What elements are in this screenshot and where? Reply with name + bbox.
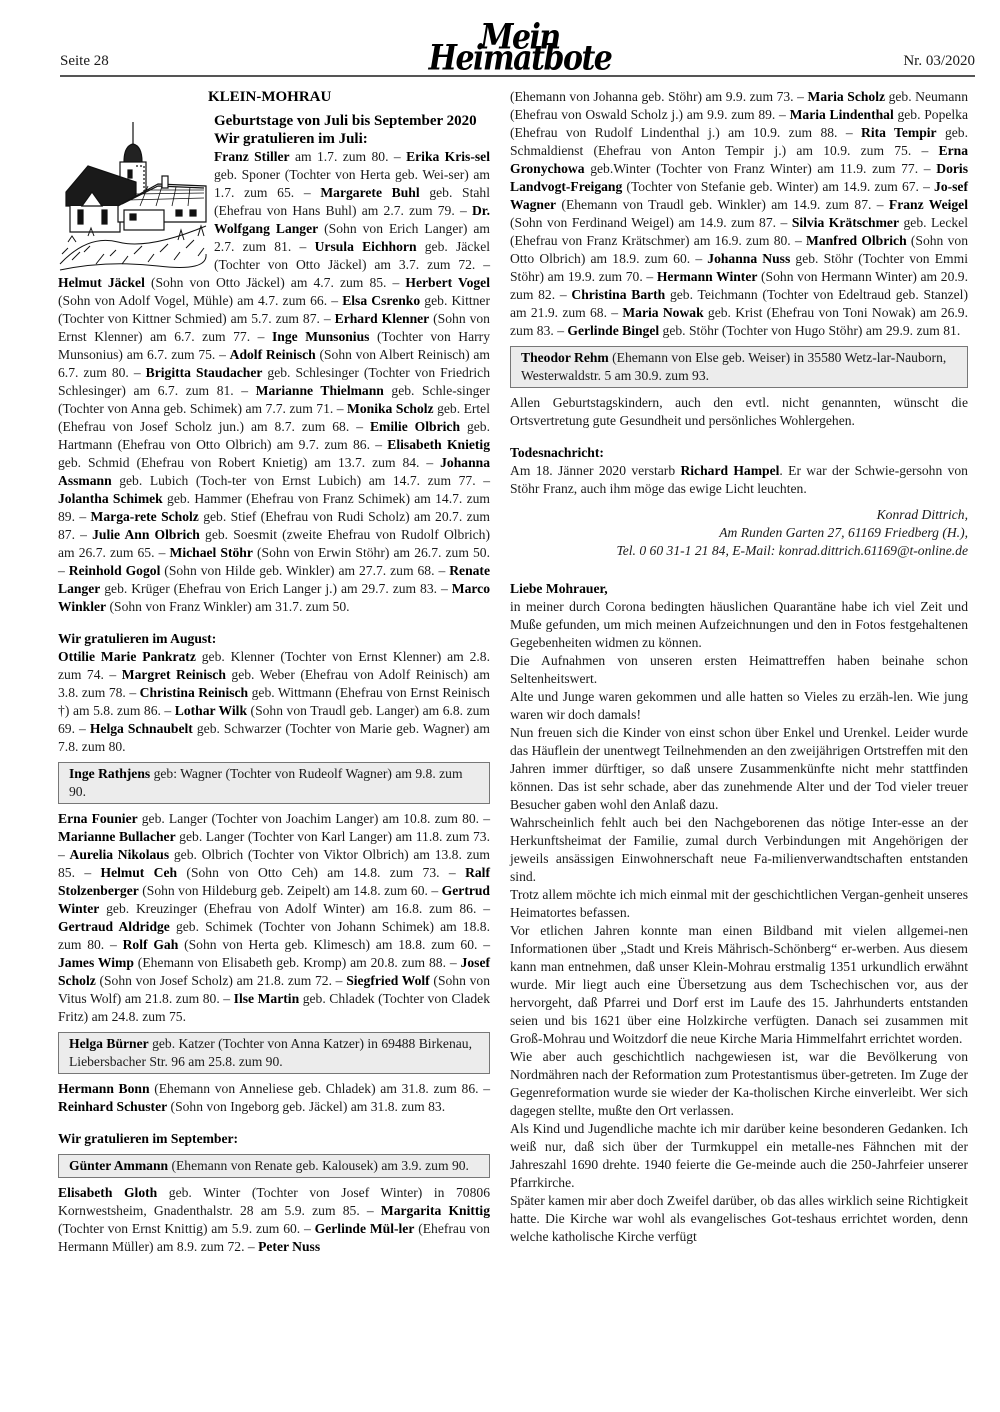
person-name: Christina Barth xyxy=(571,287,665,302)
obituary-heading: Todesnachricht: xyxy=(510,444,968,462)
person-name: Margret Reinisch xyxy=(122,667,226,682)
letter-paragraph: Die Aufnahmen von unseren ersten Heimatt… xyxy=(510,652,968,688)
entry-detail: (Tochter von Stefanie geb. Winter) am 14… xyxy=(622,179,934,194)
august-birthdays-c: Hermann Bonn (Ehemann von Anneliese geb.… xyxy=(58,1080,490,1116)
letter-paragraph: Wie aber auch geschichtlich nachgewiesen… xyxy=(510,1048,968,1120)
author-address: Am Runden Garten 27, 61169 Friedberg (H.… xyxy=(510,524,968,542)
entry-detail: geb. Schmid (Ehefrau von Robert Knietig)… xyxy=(58,455,440,470)
left-column: KLEIN-MOHRAU xyxy=(58,88,490,1256)
person-name: Marga-rete Scholz xyxy=(91,509,199,524)
letter-paragraph: in meiner durch Corona bedingten häuslic… xyxy=(510,598,968,652)
box-name: Helga Bürner xyxy=(69,1036,149,1051)
person-name: Ottilie Marie Pankratz xyxy=(58,649,196,664)
september-birthdays-a: Elisabeth Gloth geb. Winter (Tochter von… xyxy=(58,1184,490,1256)
person-name: Erna Founier xyxy=(58,811,138,826)
box-name: Theodor Rehm xyxy=(521,350,609,365)
person-name: Margarete Buhl xyxy=(320,185,419,200)
person-name: Ursula Eichhorn xyxy=(315,239,417,254)
entry-detail: (Sohn von Adolf Vogel, Mühle) am 4.7. zu… xyxy=(58,293,342,308)
person-name: Hermann Bonn xyxy=(58,1081,150,1096)
closing-wish: Allen Geburtstagskindern, auch den evtl.… xyxy=(510,394,968,430)
entry-detail: (Ehemann von Anneliese geb. Chladek) am … xyxy=(150,1081,490,1096)
letter-paragraph: Alte und Junge waren gekommen und alle h… xyxy=(510,688,968,724)
entry-detail: (Tochter von Ernst Knittig) am 5.9. zum … xyxy=(58,1221,315,1236)
person-name: Gerlinde Mül-ler xyxy=(315,1221,415,1236)
person-name: Rolf Gah xyxy=(123,937,179,952)
entry-detail: geb. Langer (Tochter von Joachim Langer)… xyxy=(138,811,490,826)
august-birthdays-b: Erna Founier geb. Langer (Tochter von Jo… xyxy=(58,810,490,1026)
highlight-box-theodor-rehm: Theodor Rehm (Ehemann von Else geb. Weis… xyxy=(510,346,968,388)
person-name: Elisabeth Knietig xyxy=(387,437,490,452)
box-name: Günter Ammann xyxy=(69,1158,168,1173)
person-name: Helga Schnaubelt xyxy=(90,721,193,736)
person-name: Johanna Nuss xyxy=(707,251,790,266)
person-name: Jolantha Schimek xyxy=(58,491,163,506)
person-name: Erhard Klenner xyxy=(335,311,430,326)
header-divider xyxy=(60,75,975,77)
letter-paragraph: Vor etlichen Jahren konnte man einen Bil… xyxy=(510,922,968,1048)
obituary-before: Am 18. Jänner 2020 verstarb xyxy=(510,463,680,478)
person-name: Gerlinde Bingel xyxy=(567,323,659,338)
person-name: Silvia Krätschmer xyxy=(792,215,899,230)
right-column: (Ehemann von Johanna geb. Stöhr) am 9.9.… xyxy=(510,88,968,1246)
person-name: Elisabeth Gloth xyxy=(58,1185,157,1200)
person-name: Maria Nowak xyxy=(622,305,703,320)
person-name: Manfred Olbrich xyxy=(806,233,907,248)
person-name: Siegfried Wolf xyxy=(346,973,430,988)
entry-detail: (Ehemann von Elisabeth geb. Kromp) am 20… xyxy=(134,955,461,970)
august-birthdays-a: Ottilie Marie Pankratz geb. Klenner (Toc… xyxy=(58,648,490,756)
entry-detail: am 1.7. zum 80. – xyxy=(290,149,406,164)
person-name: Herbert Vogel xyxy=(405,275,490,290)
page-header: Seite 28 Mein Heimatbote Nr. 03/2020 xyxy=(60,28,975,78)
person-name: Gertraud Aldridge xyxy=(58,919,170,934)
person-name: Helmut Ceh xyxy=(101,865,178,880)
person-name: Marianne Bullacher xyxy=(58,829,176,844)
person-name: Reinhard Schuster xyxy=(58,1099,167,1114)
entry-detail: (Sohn von Hilde geb. Winkler) am 27.7. z… xyxy=(160,563,449,578)
person-name: Franz Stiller xyxy=(214,149,290,164)
issue-number: Nr. 03/2020 xyxy=(903,52,975,70)
entry-detail: (Sohn von Hildeburg geb. Zeipelt) am 14.… xyxy=(139,883,442,898)
person-name: Hermann Winter xyxy=(657,269,758,284)
person-name: Franz Weigel xyxy=(889,197,968,212)
person-name: Marianne Thielmann xyxy=(256,383,384,398)
september-birthdays-b: (Ehemann von Johanna geb. Stöhr) am 9.9.… xyxy=(510,88,968,340)
masthead-logo: Mein Heimatbote xyxy=(405,28,635,79)
person-name: Emilie Olbrich xyxy=(370,419,460,434)
entry-detail: (Sohn von Josef Scholz) am 21.8. zum 72.… xyxy=(96,973,346,988)
person-name: Erika Kris-sel xyxy=(406,149,490,164)
person-name: Lothar Wilk xyxy=(175,703,247,718)
person-name: Adolf Reinisch xyxy=(230,347,316,362)
box-text: (Ehemann von Renate geb. Kalousek) am 3.… xyxy=(168,1158,469,1173)
person-name: Maria Lindenthal xyxy=(790,107,894,122)
church-illustration-icon xyxy=(58,114,208,274)
highlight-box-guenter-ammann: Günter Ammann (Ehemann von Renate geb. K… xyxy=(58,1154,490,1178)
letter-paragraph: Trotz allem möchte ich mich einmal mit d… xyxy=(510,886,968,922)
author-signature: Konrad Dittrich, Am Runden Garten 27, 61… xyxy=(510,506,968,560)
highlight-box-inge-rathjens: Inge Rathjens geb: Wagner (Tochter von R… xyxy=(58,762,490,804)
deceased-name: Richard Hampel xyxy=(680,463,779,478)
letter-salutation: Liebe Mohrauer, xyxy=(510,580,968,598)
entry-detail: geb. Lubich (Toch-ter von Ernst Lubich) … xyxy=(112,473,490,488)
person-name: Margarita Knittig xyxy=(381,1203,490,1218)
entry-detail: (Sohn von Otto Jäckel) am 4.7. zum 85. – xyxy=(145,275,406,290)
letter-paragraph: Als Kind und Jugendliche machte ich mir … xyxy=(510,1120,968,1192)
entry-detail: geb. Krüger (Ehefrau von Erich Langer j.… xyxy=(100,581,451,596)
letter-paragraph: Wahrscheinlich fehlt auch bei den Nachge… xyxy=(510,814,968,886)
entry-detail: (Sohn von Franz Winkler) am 31.7. zum 50… xyxy=(106,599,349,614)
september-heading: Wir gratulieren im September: xyxy=(58,1130,490,1148)
page-number: Seite 28 xyxy=(60,52,109,70)
person-name: Michael Stöhr xyxy=(170,545,253,560)
person-name: Peter Nuss xyxy=(258,1239,320,1254)
obituary-text: Am 18. Jänner 2020 verstarb Richard Hamp… xyxy=(510,462,968,498)
person-name: Helmut Jäckel xyxy=(58,275,145,290)
entry-detail: geb. Kreuzinger (Ehefrau von Adolf Winte… xyxy=(99,901,490,916)
entry-detail: (Ehemann von Traudl geb. Winkler) am 14.… xyxy=(556,197,889,212)
person-name: Reinhold Gogol xyxy=(69,563,161,578)
person-name: Christina Reinisch xyxy=(140,685,249,700)
author-contact: Tel. 0 60 31-1 21 84, E-Mail: konrad.dit… xyxy=(510,542,968,560)
author-name: Konrad Dittrich, xyxy=(510,506,968,524)
person-name: Monika Scholz xyxy=(347,401,434,416)
person-name: Elsa Csrenko xyxy=(342,293,420,308)
entry-detail: (Sohn von Otto Ceh) am 14.8. zum 73. – xyxy=(177,865,465,880)
person-name: James Wimp xyxy=(58,955,134,970)
section-title: KLEIN-MOHRAU xyxy=(208,88,490,106)
letter-paragraph: Nun freuen sich die Kinder von einst sch… xyxy=(510,724,968,814)
person-name: Brigitta Staudacher xyxy=(146,365,263,380)
entry-detail: geb.Winter (Tochter von Franz Winter) am… xyxy=(585,161,937,176)
person-name: Ilse Martin xyxy=(234,991,299,1006)
person-name: Aurelia Nikolaus xyxy=(70,847,170,862)
entry-detail: geb. Stöhr (Tochter von Hugo Stöhr) am 2… xyxy=(659,323,960,338)
person-name: Julie Ann Olbrich xyxy=(92,527,200,542)
highlight-box-helga-buerner: Helga Bürner geb. Katzer (Tochter von An… xyxy=(58,1032,490,1074)
person-name: Inge Munsonius xyxy=(272,329,369,344)
letter-paragraph: Später kamen mir aber doch Zweifel darüb… xyxy=(510,1192,968,1246)
august-heading: Wir gratulieren im August: xyxy=(58,630,490,648)
entry-detail: (Ehemann von Johanna geb. Stöhr) am 9.9.… xyxy=(510,89,807,104)
box-name: Inge Rathjens xyxy=(69,766,150,781)
entry-detail: (Sohn von Ferdinand Weigel) am 14.9. zum… xyxy=(510,215,792,230)
person-name: Rita Tempir xyxy=(861,125,937,140)
entry-detail: (Sohn von Herta geb. Klimesch) am 18.8. … xyxy=(178,937,490,952)
letter-body: in meiner durch Corona bedingten häuslic… xyxy=(510,598,968,1246)
entry-detail: (Sohn von Ingeborg geb. Jäckel) am 31.8.… xyxy=(167,1099,445,1114)
person-name: Maria Scholz xyxy=(807,89,885,104)
